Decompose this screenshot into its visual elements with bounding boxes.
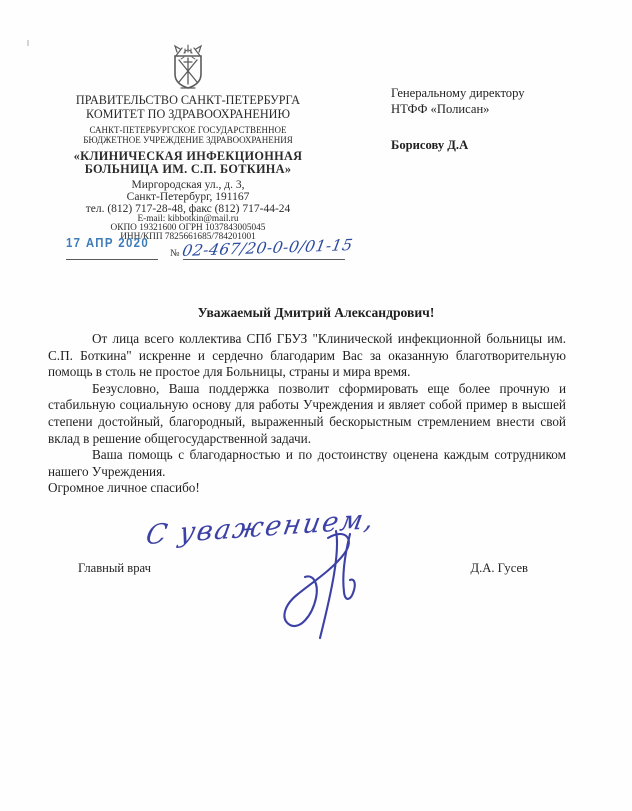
date-stamp: 17 АПР 2020 [66,235,149,250]
signature-row: Главный врач Д.А. Гусев [78,561,528,576]
salutation: Уважаемый Дмитрий Александрович! [48,305,584,321]
recipient-line-1: Генеральному директору [391,85,601,101]
letter-body: От лица всего коллектива СПб ГБУЗ "Клини… [48,331,566,497]
paragraph-2: Безусловно, Ваша поддержка позволит сфор… [48,381,566,447]
phone-line: тел. (812) 717-28-48, факс (812) 717-44-… [42,203,334,215]
signer-title: Главный врач [78,561,151,576]
recipient-line-2: НТФФ «Полисан» [391,101,601,117]
scan-artifact [27,40,29,46]
signer-name: Д.А. Гусев [470,561,528,576]
gov-line-2: КОМИТЕТ ПО ЗДРАВООХРАНЕНИЮ [42,108,334,122]
thanks-line: Огромное личное спасибо! [48,480,566,497]
recipient-block: Генеральному директору НТФФ «Полисан» Бо… [391,85,601,153]
org-name-line-1: «КЛИНИЧЕСКАЯ ИНФЕКЦИОННАЯ [42,150,334,163]
outgoing-number-handwritten: 02-467/20-0-0/01-15 [180,236,353,260]
address-line-2: Санкт-Петербург, 191167 [42,191,334,203]
paragraph-3: Ваша помощь с благодарностью и по достои… [48,447,566,480]
org-name-line-2: БОЛЬНИЦА ИМ. С.П. БОТКИНА» [42,163,334,176]
date-underline: 17 АПР 2020 [66,234,158,260]
paragraph-1: От лица всего коллектива СПб ГБУЗ "Клини… [48,331,566,381]
number-underline: 02-467/20-0-0/01-15 [183,239,345,260]
signature-scrawl [262,528,377,640]
letter-page: ПРАВИТЕЛЬСТВО САНКТ-ПЕТЕРБУРГА КОМИТЕТ П… [0,0,632,811]
letterhead: ПРАВИТЕЛЬСТВО САНКТ-ПЕТЕРБУРГА КОМИТЕТ П… [42,44,334,243]
address-line-1: Миргородская ул., д. 3, [42,179,334,191]
reference-row: 17 АПР 2020 № 02-467/20-0-0/01-15 [66,234,345,260]
recipient-name: Борисову Д.А [391,137,601,153]
coat-of-arms-icon [168,44,208,90]
number-sign: № [170,248,180,259]
gov-line-1: ПРАВИТЕЛЬСТВО САНКТ-ПЕТЕРБУРГА [42,94,334,108]
org-type-line-2: БЮДЖЕТНОЕ УЧРЕЖДЕНИЕ ЗДРАВООХРАНЕНИЯ [42,136,334,146]
